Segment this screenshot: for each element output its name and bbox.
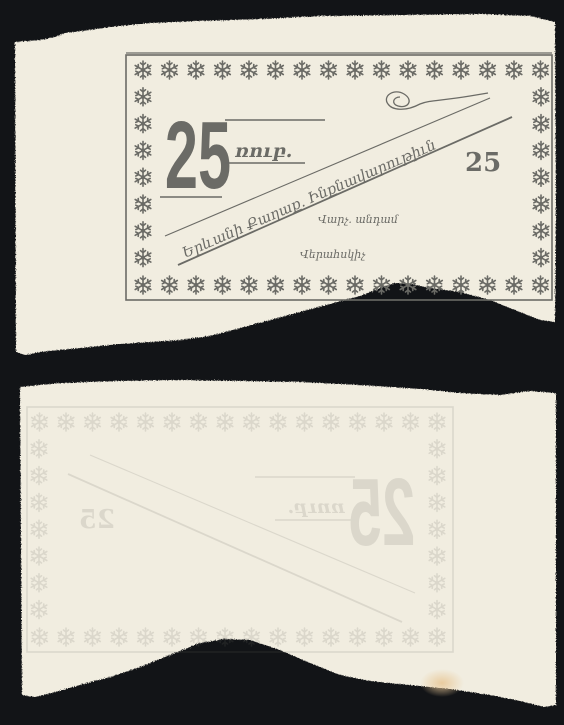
signature-2-title: Վերահսկիչ	[300, 248, 366, 261]
denomination-small: 25	[465, 148, 501, 178]
back-denomination-large: 25	[349, 458, 415, 565]
banknote-front: 25 ռուբ. Երևանի Քաղաք. Ինքնավարութիւն 25…	[0, 0, 564, 365]
banknote-back: 25 ռուբ. 25	[0, 365, 564, 725]
paper-back	[20, 380, 556, 707]
currency-abbrev: ռուբ.	[234, 140, 292, 162]
back-currency-abbrev: ռուբ.	[288, 496, 346, 518]
back-denomination-small: 25	[79, 505, 115, 535]
banknote-back-graphic: 25 ռուբ. 25	[0, 365, 564, 725]
signature-1-title: Վարչ. անդամ	[318, 213, 399, 226]
banknote-front-graphic: 25 ռուբ. Երևանի Քաղաք. Ինքնավարութիւն 25…	[0, 0, 564, 365]
denomination-large: 25	[165, 101, 231, 208]
stain	[420, 669, 464, 697]
